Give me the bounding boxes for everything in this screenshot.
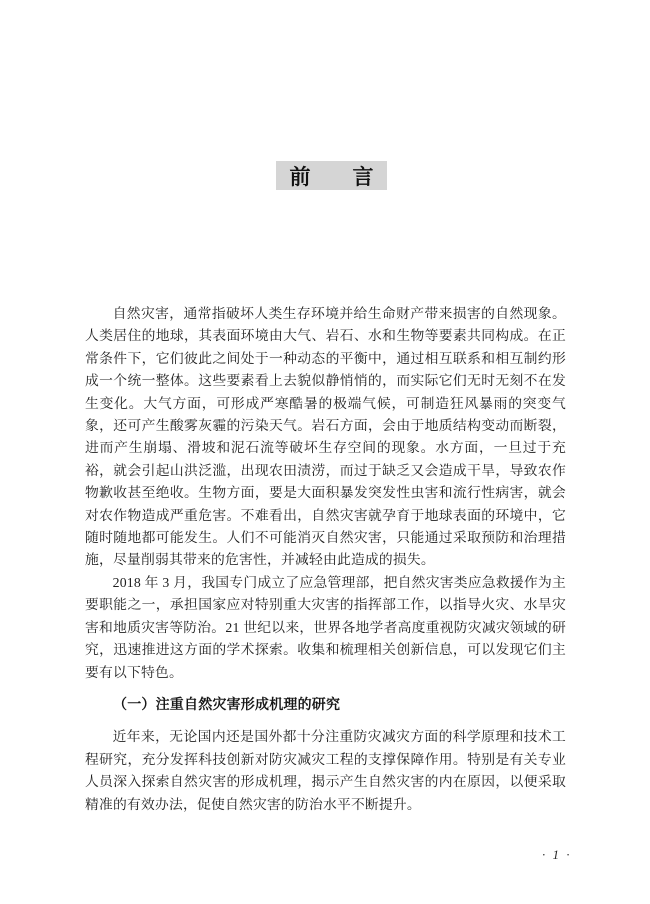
book-page: 前 言 自然灾害，通常指破坏人类生存环境并给生命财产带来损害的自然现象。人类居住… (0, 0, 650, 904)
page-number: · 1 · (542, 847, 572, 863)
page-body: 自然灾害，通常指破坏人类生存环境并给生命财产带来损害的自然现象。人类居住的地球，… (85, 303, 566, 816)
chapter-title: 前 言 (290, 161, 374, 191)
paragraph-intro: 自然灾害，通常指破坏人类生存环境并给生命财产带来损害的自然现象。人类居住的地球，… (85, 303, 566, 572)
paragraph-research: 近年来，无论国内还是国外都十分注重防灾减灾方面的科学原理和技术工程研究，充分发挥… (85, 726, 566, 816)
paragraph-emergency-ministry: 2018 年 3 月，我国专门成立了应急管理部，把自然灾害类应急救援作为主要职能… (85, 572, 566, 684)
chapter-title-box: 前 言 (276, 161, 387, 190)
section-heading-1: （一）注重自然灾害形成机理的研究 (85, 693, 566, 715)
